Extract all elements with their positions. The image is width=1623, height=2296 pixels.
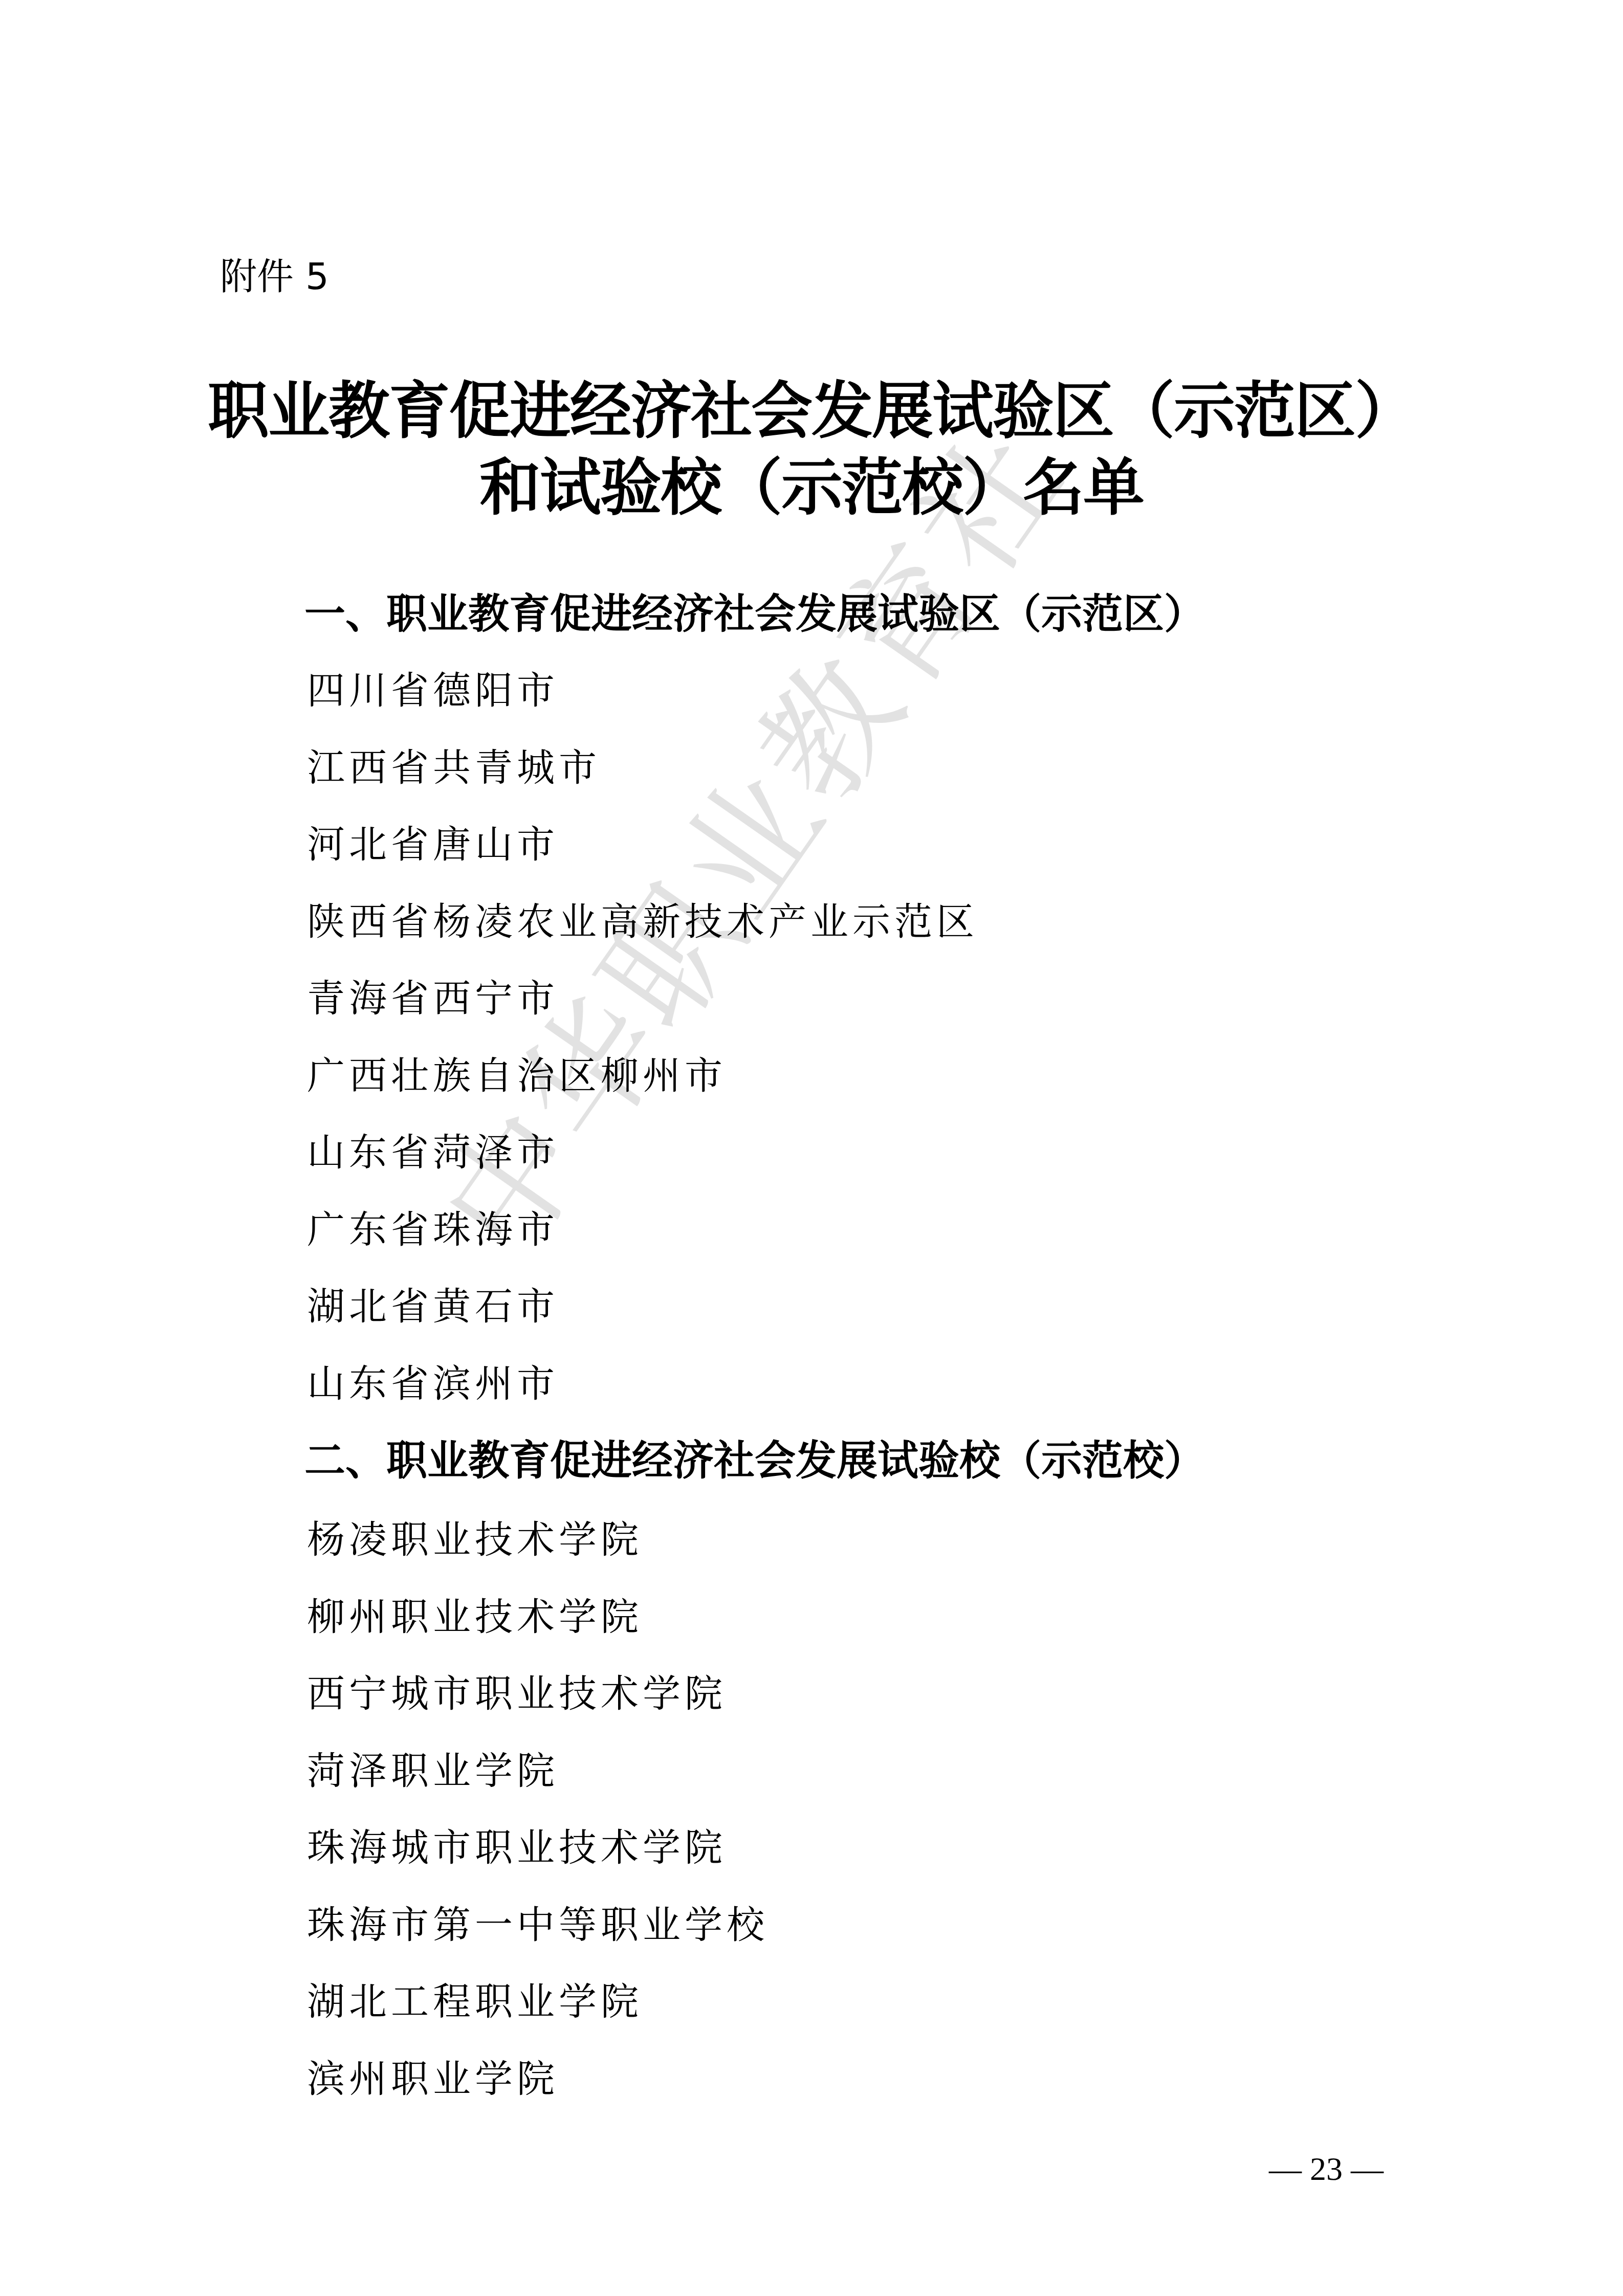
page-number: — 23 — <box>1269 2149 1384 2190</box>
list-item: 滨州职业学院 <box>307 2041 769 2118</box>
school-list: 杨凌职业技术学院 柳州职业技术学院 西宁城市职业技术学院 菏泽职业学院 珠海城市… <box>307 1502 769 2117</box>
list-item: 珠海市第一中等职业学校 <box>307 1887 769 1964</box>
list-item: 柳州职业技术学院 <box>307 1579 769 1656</box>
list-item: 江西省共青城市 <box>307 730 978 807</box>
list-item: 河北省唐山市 <box>307 806 978 884</box>
list-item: 湖北省黄石市 <box>307 1268 978 1345</box>
list-item: 西宁城市职业技术学院 <box>307 1655 769 1733</box>
section-heading-zones: 一、职业教育促进经济社会发展试验区（示范区） <box>304 588 1205 639</box>
document-title-line-1: 职业教育促进经济社会发展试验区（示范区） <box>0 376 1623 448</box>
list-item: 陕西省杨凌农业高新技术产业示范区 <box>307 884 978 961</box>
section-heading-schools: 二、职业教育促进经济社会发展试验校（示范校） <box>304 1435 1205 1486</box>
list-item: 广东省珠海市 <box>307 1191 978 1269</box>
list-item: 青海省西宁市 <box>307 960 978 1037</box>
zone-list: 四川省德阳市 江西省共青城市 河北省唐山市 陕西省杨凌农业高新技术产业示范区 青… <box>307 652 978 1422</box>
list-item: 山东省菏泽市 <box>307 1114 978 1191</box>
attachment-label: 附件 5 <box>220 253 329 299</box>
list-item: 菏泽职业学院 <box>307 1733 769 1810</box>
document-title-line-2: 和试验校（示范校）名单 <box>0 453 1623 524</box>
list-item: 四川省德阳市 <box>307 652 978 730</box>
list-item: 湖北工程职业学院 <box>307 1963 769 2041</box>
list-item: 珠海城市职业技术学院 <box>307 1809 769 1887</box>
list-item: 杨凌职业技术学院 <box>307 1502 769 1579</box>
list-item: 山东省滨州市 <box>307 1345 978 1423</box>
list-item: 广西壮族自治区柳州市 <box>307 1037 978 1115</box>
